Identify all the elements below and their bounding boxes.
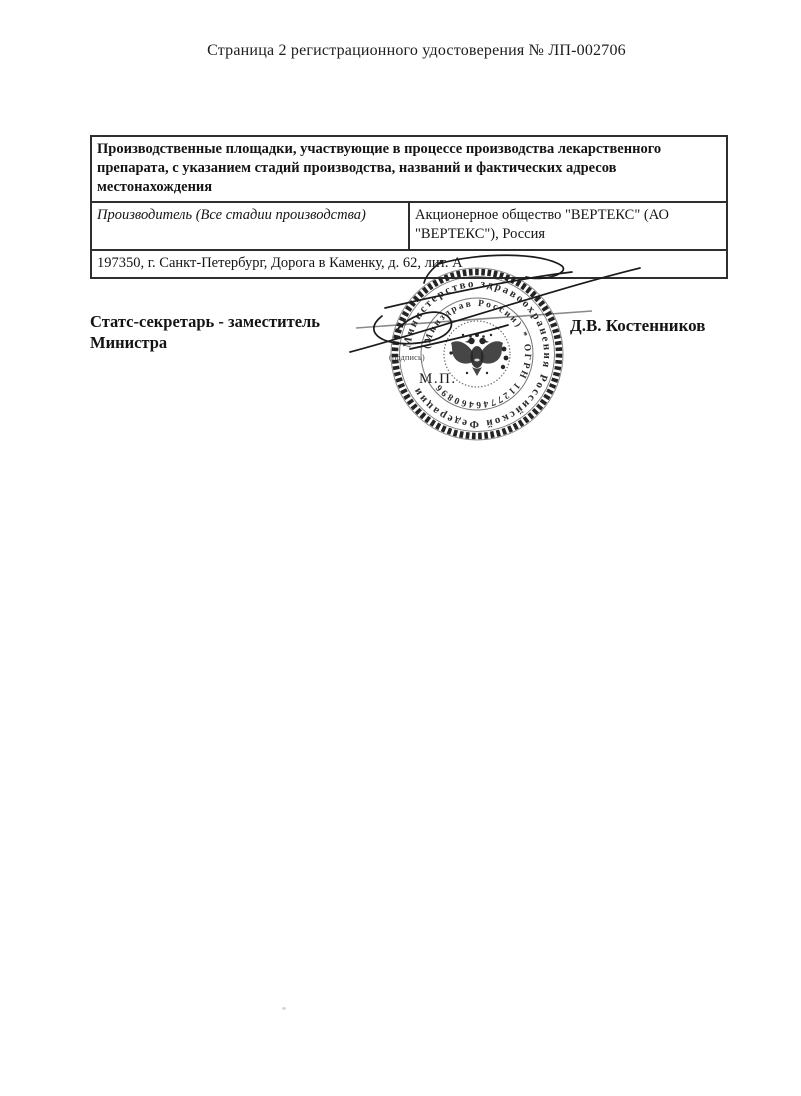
table-row: Производитель (Все стадии производства) … [91, 202, 727, 250]
scanned-document-page: { "page": { "header": "Страница 2 регист… [0, 0, 801, 1096]
double-headed-eagle-icon [449, 333, 508, 376]
page-title: Страница 2 регистрационного удостоверени… [0, 42, 801, 60]
signatory-title-line2: Министра [90, 332, 350, 353]
producer-label-cell: Производитель (Все стадии производства) [91, 202, 409, 250]
table-row: Производственные площадки, участвующие в… [91, 136, 727, 202]
table-header-cell: Производственные площадки, участвующие в… [91, 136, 727, 202]
signatory-title: Статс-секретарь - заместитель Министра [90, 311, 350, 353]
signatory-title-line1: Статс-секретарь - заместитель [90, 311, 350, 332]
scan-artifact-dot [282, 1007, 286, 1010]
official-stamp-area: Министерство здравоохранения Российской … [330, 245, 770, 460]
producer-value-cell: Акционерное общество "ВЕРТЕКС" (АО "ВЕРТ… [409, 202, 727, 250]
ministry-round-seal: Министерство здравоохранения Российской … [391, 268, 563, 440]
